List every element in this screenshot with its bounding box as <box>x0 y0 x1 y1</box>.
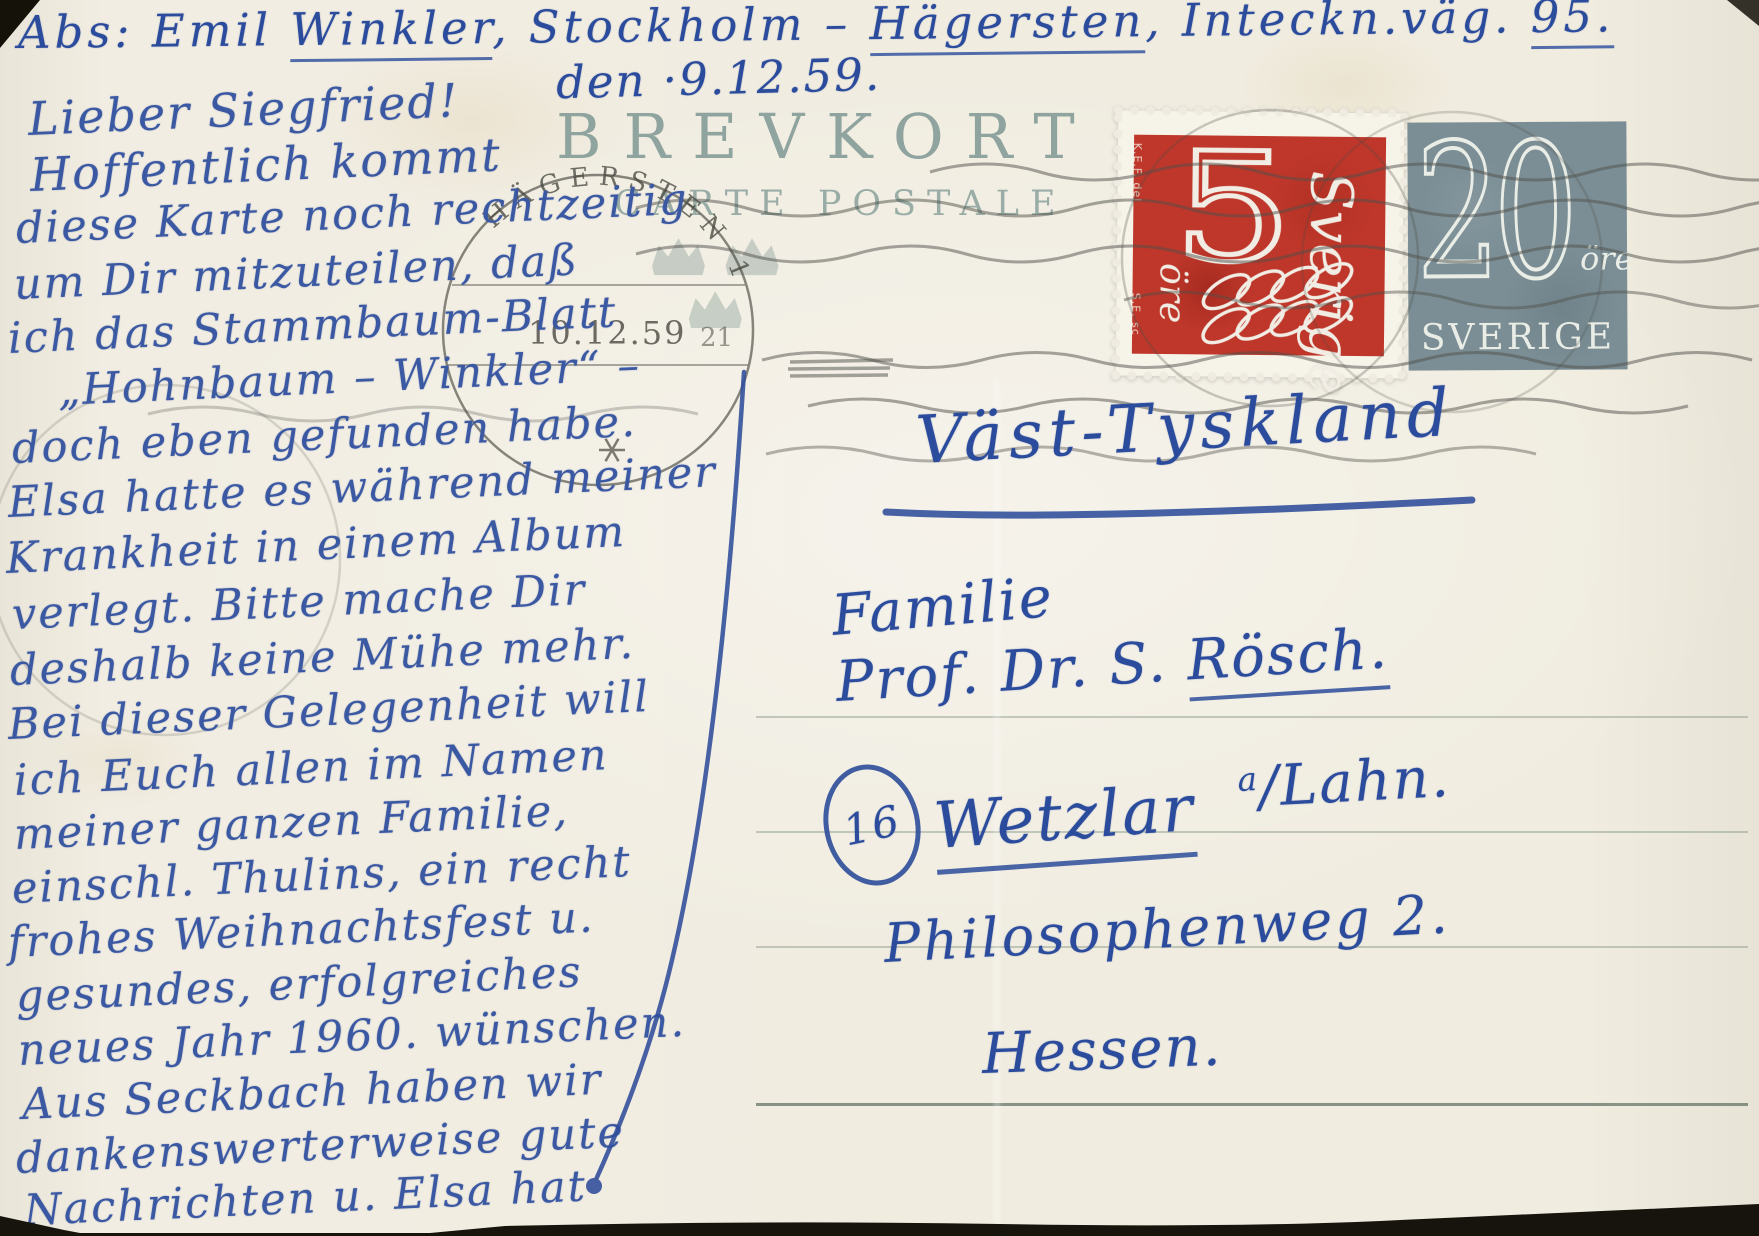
bottom-left-corner <box>0 1216 80 1233</box>
scan-edges <box>0 0 1759 1233</box>
postcard: BREVKORT CARTE POSTALE 5 öre Sverige K.E… <box>0 0 1759 1233</box>
top-left-corner-notch <box>0 0 40 48</box>
top-right-corner <box>1727 0 1759 26</box>
bottom-scan-edge <box>430 1204 1759 1233</box>
